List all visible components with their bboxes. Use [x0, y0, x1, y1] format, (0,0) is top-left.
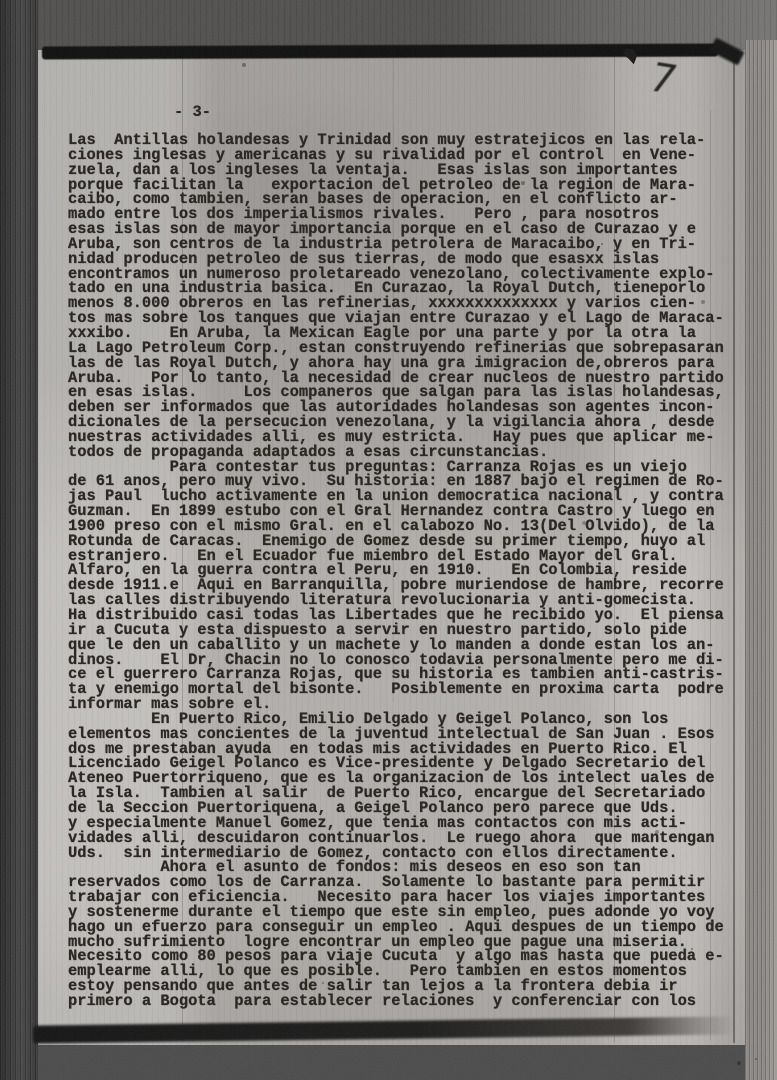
scan-speckles [0, 0, 2, 2]
scanner-bed-left-edge [0, 0, 38, 1080]
typed-body-text: Las Antillas holandesas y Trinidad son m… [68, 133, 724, 1009]
scanned-document-page: 7 - 3- Las Antillas holandesas y Trinida… [0, 0, 777, 1080]
scanner-bed-right-edge [745, 40, 777, 1080]
typed-page-number: - 3- [174, 103, 211, 121]
paper-crease-line [733, 48, 735, 1043]
scanner-bed-bottom-edge [38, 1041, 745, 1080]
